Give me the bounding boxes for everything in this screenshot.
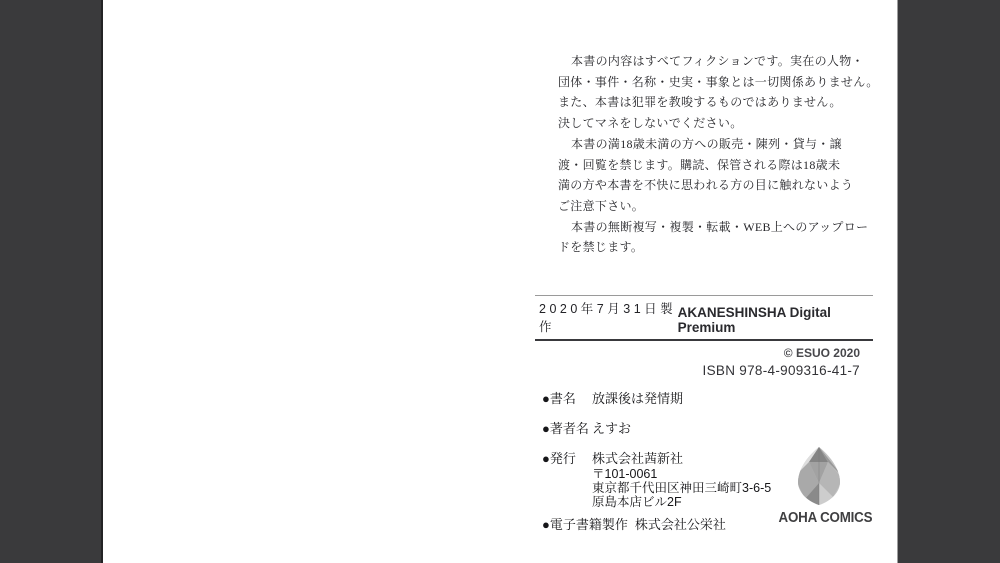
production-row: 2020年7月31日製作 AKANESHINSHA Digital Premiu… [535,296,873,339]
colophon-value: 株式会社公栄社 [635,517,726,533]
colophon-row-author: ●著者名 えすお [542,421,771,437]
disclaimer-text: 本書の内容はすべてフィクションです。実在の人物・ 団体・事件・名称・史実・事象と… [558,51,879,258]
publisher-postal-code: 〒101-0061 [592,467,771,481]
disclaimer-line: 本書の無断複写・複製・転載・WEB上へのアップロー [558,217,879,238]
publisher-address: 東京都千代田区神田三崎町3-6-5 [592,481,771,495]
background-left-panel [0,0,103,563]
isbn-line: ISBN 978-4-909316-41-7 [535,363,873,378]
leaf-gem-icon [797,447,841,505]
copyright-line: © ESUO 2020 [535,346,873,360]
colophon-value: えすお [592,421,631,437]
disclaimer-line: 渡・回覧を禁じます。購読、保管される際は18歳未 [558,155,879,176]
colophon: ●書名 放課後は発情期 ●著者名 えすお ●発行 株式会社茜新社 〒101-00… [542,391,771,547]
production-info: 2020年7月31日製作 AKANESHINSHA Digital Premiu… [535,295,873,378]
disclaimer-line: 決してマネをしないでください。 [558,113,879,134]
disclaimer-line: 本書の内容はすべてフィクションです。実在の人物・ [558,51,879,72]
disclaimer-line: 団体・事件・名称・史実・事象とは一切関係ありません。 [558,72,879,93]
publisher-building: 原島本店ビル2F [592,495,771,509]
colophon-value: 株式会社茜新社 [592,451,771,467]
publisher-logo: AOHA COMICS [775,447,863,526]
disclaimer-line: ドを禁じます。 [558,237,879,258]
disclaimer-line: 本書の満18歳未満の方への販売・陳列・貸与・譲 [558,134,879,155]
colophon-value: 放課後は発情期 [592,391,683,407]
colophon-label: ●書名 [542,391,592,407]
colophon-label: ●電子書籍製作 [542,517,628,533]
publisher-block: 株式会社茜新社 〒101-0061 東京都千代田区神田三崎町3-6-5 原島本店… [592,451,771,509]
colophon-row-ebook-producer: ●電子書籍製作 株式会社公栄社 [542,517,771,533]
colophon-label: ●発行 [542,451,592,509]
background-right-panel [897,0,1000,563]
colophon-label: ●著者名 [542,421,592,437]
disclaimer-line: ご注意下さい。 [558,196,879,217]
logo-text: AOHA COMICS [779,510,860,526]
production-brand: AKANESHINSHA Digital Premium [678,305,872,335]
colophon-row-publisher: ●発行 株式会社茜新社 〒101-0061 東京都千代田区神田三崎町3-6-5 … [542,451,771,509]
screenshot-root: 本書の内容はすべてフィクションです。実在の人物・ 団体・事件・名称・史実・事象と… [0,0,1000,563]
book-colophon-page: 本書の内容はすべてフィクションです。実在の人物・ 団体・事件・名称・史実・事象と… [103,0,897,563]
production-date: 2020年7月31日製作 [539,299,678,335]
divider-bottom [535,339,873,341]
colophon-row-title: ●書名 放課後は発情期 [542,391,771,407]
disclaimer-line: 満の方や本書を不快に思われる方の目に触れないよう [558,175,879,196]
disclaimer-line: また、本書は犯罪を教唆するものではありません。 [558,92,879,113]
